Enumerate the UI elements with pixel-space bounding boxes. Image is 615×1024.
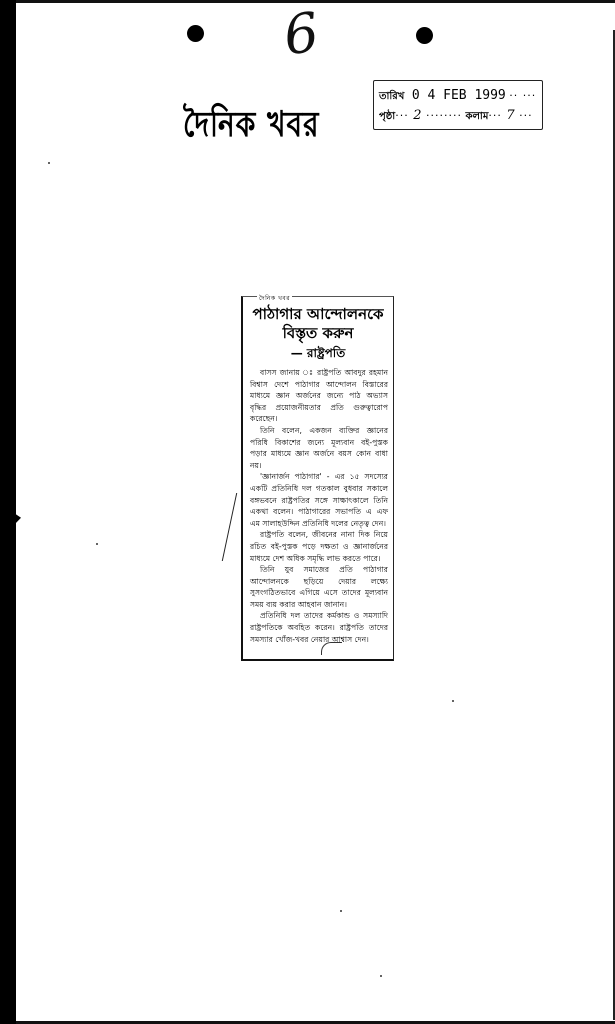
scan-speck — [380, 975, 382, 977]
newspaper-masthead: দৈনিক খবর — [183, 97, 319, 156]
paper-tear-mark — [14, 513, 21, 525]
paragraph: বাসস জানায় ঃ রাষ্ট্রপতি আবদুর রহমান বিশ… — [250, 367, 388, 425]
clipping-body: বাসস জানায় ঃ রাষ্ট্রপতি আবদুর রহমান বিশ… — [243, 365, 393, 645]
stamp-page-label: পৃষ্ঠা — [379, 111, 395, 122]
stamp-dots: ········ — [421, 109, 461, 122]
stamp-date-row: তারিখ 0 4 FEB 1999 ·· ··· — [379, 88, 536, 106]
punch-hole-right — [416, 27, 433, 44]
stamp-column-label: কলাম — [465, 111, 488, 122]
date-stamp: তারিখ 0 4 FEB 1999 ·· ··· পৃষ্ঠা··· 2 ··… — [373, 80, 543, 130]
handwritten-page-number: 6 — [280, 0, 329, 68]
pencil-mark — [321, 642, 342, 655]
stamp-page-column-row: পৃষ্ঠা··· 2 ········ কলাম··· 7 ··· — [379, 108, 533, 126]
stamp-date-label: তারিখ — [379, 91, 404, 102]
scan-speck — [96, 543, 98, 545]
stamp-dots: ··· — [515, 109, 533, 122]
news-clipping: দৈনিক খবর পাঠাগার আন্দোলনকে বিস্তৃত করুন… — [241, 296, 394, 661]
paragraph: প্রতিনিধি দল তাদের কর্মকান্ড ও সমস্যাদি … — [250, 610, 388, 645]
paragraph: রাষ্ট্রপতি বলেন, জীবনের নানা দিক নিয়ে র… — [250, 529, 388, 564]
clipping-headline: পাঠাগার আন্দোলনকে বিস্তৃত করুন — [243, 305, 393, 343]
stamp-dots: ··· — [488, 109, 506, 122]
scan-speck — [452, 700, 454, 702]
paragraph: তিনি যুব সমাজের প্রতি পাঠাগার আন্দোলনকে … — [250, 564, 388, 610]
stamp-dots: ·· ··· — [509, 89, 536, 102]
punch-hole-left — [187, 25, 204, 42]
scan-speck — [48, 162, 50, 164]
stamp-column-value: 7 — [506, 108, 514, 123]
paragraph: তিনি বলেন, একজন ব্যক্তির জ্ঞানের পরিধি ব… — [250, 425, 388, 471]
scan-edge-left — [0, 0, 16, 1024]
headline-line-2: বিস্তৃত করুন — [243, 324, 393, 343]
stamp-date-value: 0 4 FEB 1999 — [412, 88, 506, 103]
scan-speck — [340, 910, 342, 912]
stamp-dots: ··· — [395, 109, 413, 122]
clipping-byline: — রাষ্ট্রপতি — [243, 345, 393, 365]
paragraph: 'জ্ঞানার্জন পাঠাগার' - এর ১৫ সদস্যের একট… — [250, 471, 388, 529]
clipping-source-tag: দৈনিক খবর — [257, 293, 292, 304]
headline-line-1: পাঠাগার আন্দোলনকে — [243, 305, 393, 324]
